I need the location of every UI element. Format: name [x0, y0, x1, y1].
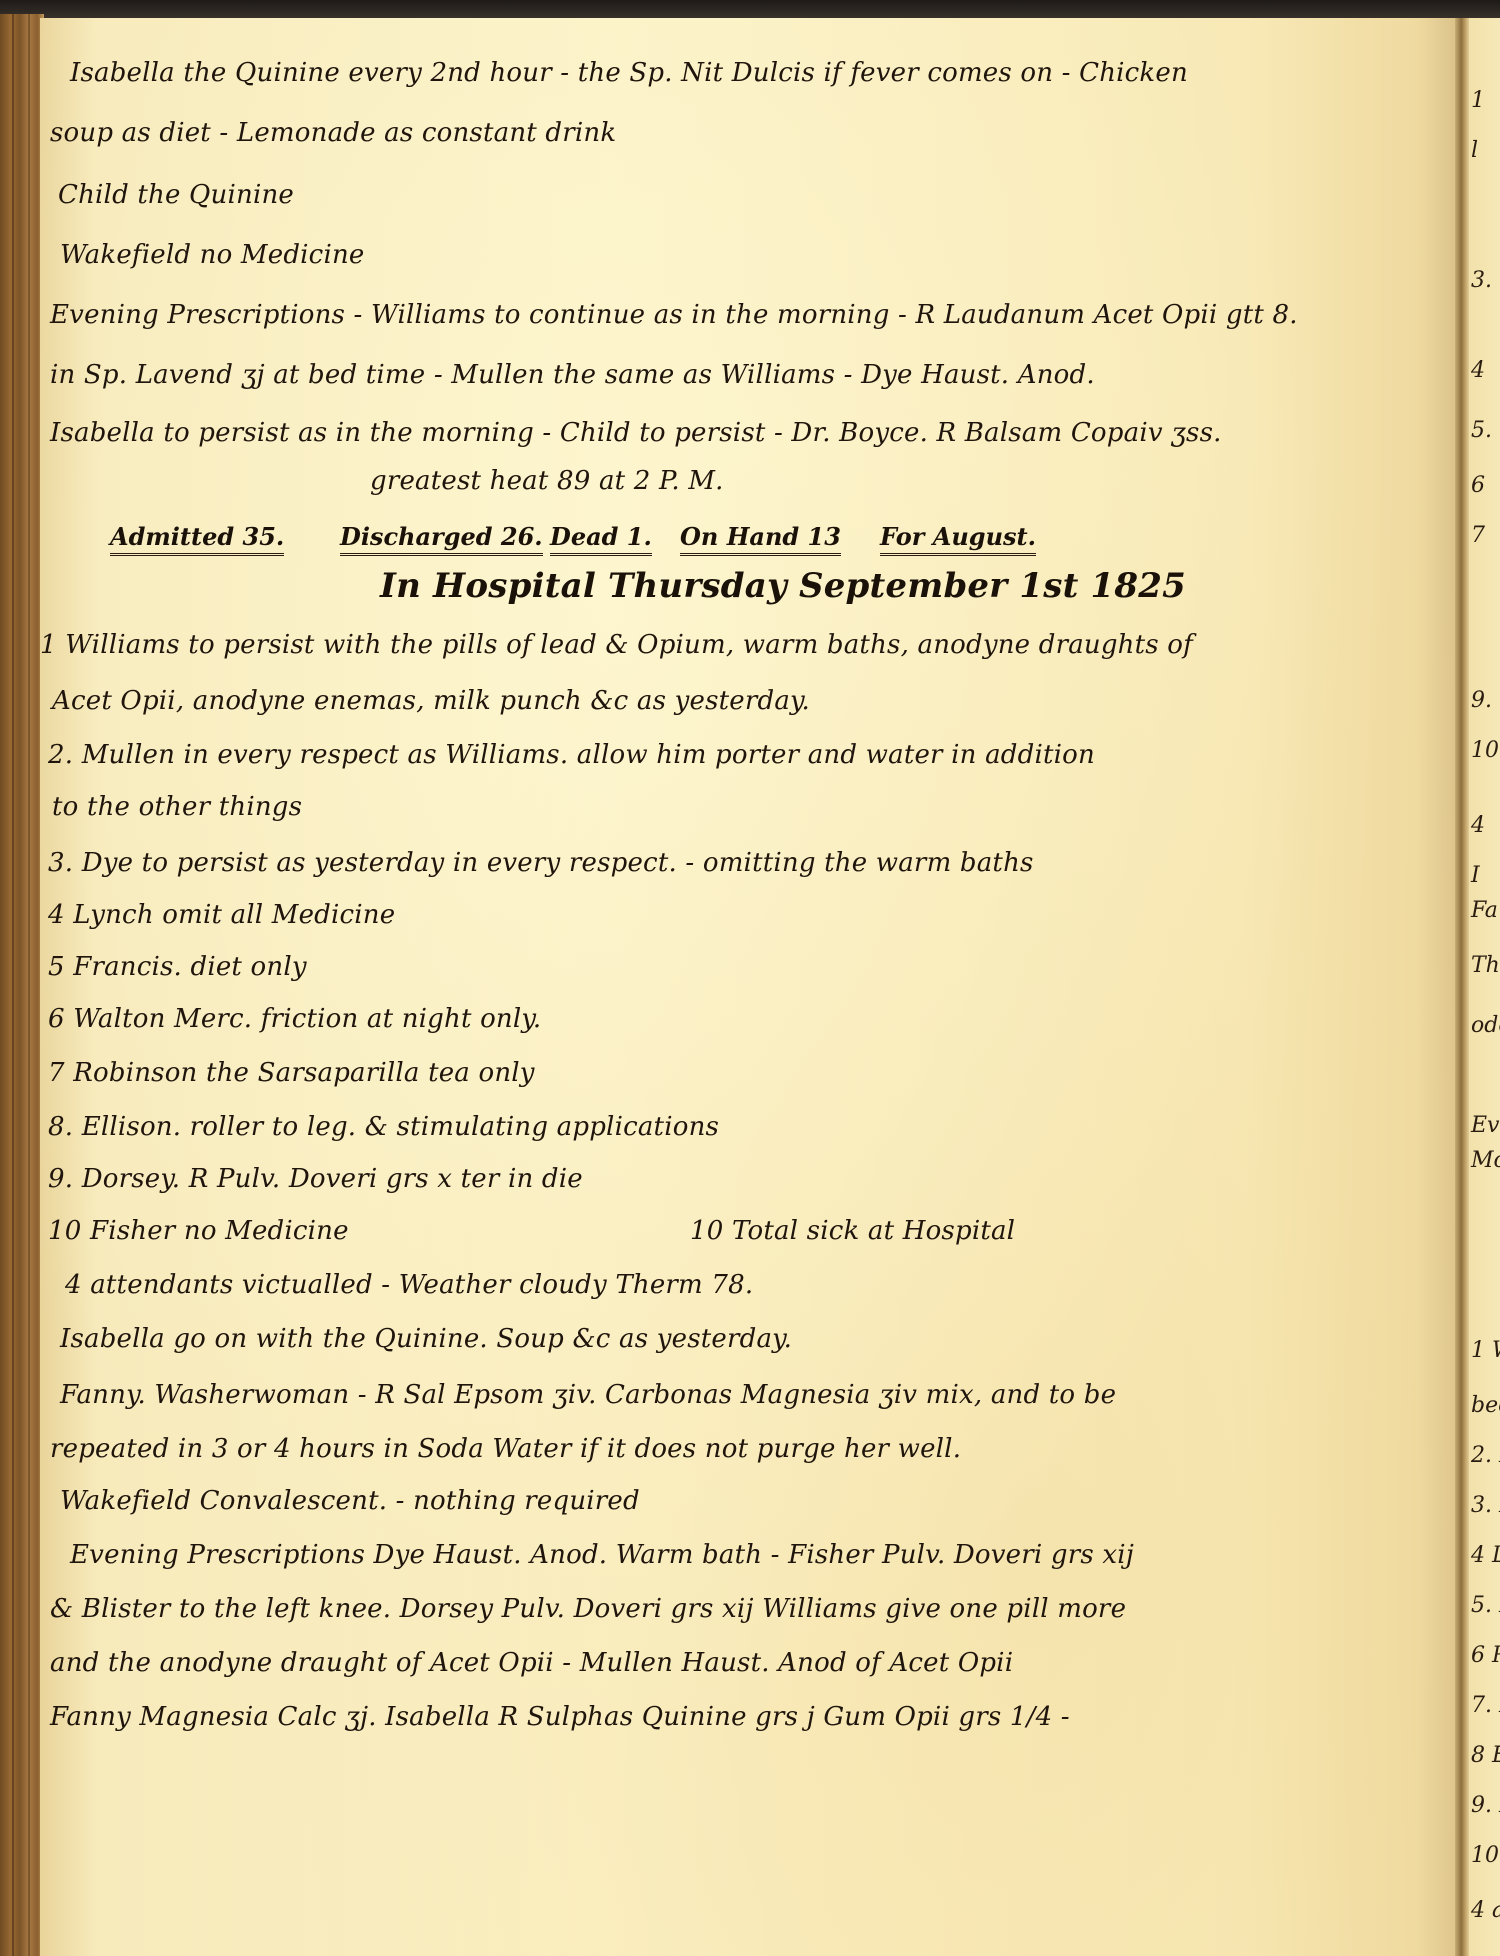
patient-number: 4 — [48, 900, 65, 930]
manuscript-scan: Isabella the Quinine every 2nd hour - th… — [0, 0, 1500, 1956]
patient-text: to the other things — [52, 792, 302, 822]
summary-month: For August. — [880, 522, 1036, 556]
patient-number: 7 — [48, 1058, 65, 1088]
margin-fragment: 2. Mu — [1471, 1443, 1500, 1468]
patient-number: 1 — [40, 630, 57, 660]
entry-line: Isabella to persist as in the morning - … — [50, 418, 1222, 448]
patient-entry: 6 Walton Merc. friction at night only. — [48, 1004, 541, 1034]
entry-line: Wakefield Convalescent. - nothing requir… — [60, 1486, 640, 1516]
patient-text: Walton Merc. friction at night only. — [73, 1004, 541, 1034]
margin-fragment: 4 Ly — [1471, 1543, 1500, 1568]
entry-line: Wakefield no Medicine — [60, 240, 365, 270]
patient-entry: 9. Dorsey. R Pulv. Doveri grs x ter in d… — [48, 1164, 583, 1194]
entry-line: Evening Prescriptions - Williams to cont… — [50, 300, 1298, 330]
entry-line: Fanny Magnesia Calc ʒj. Isabella R Sulph… — [50, 1702, 1070, 1732]
margin-fragment: I — [1471, 863, 1480, 888]
entry-line: Evening Prescriptions Dye Haust. Anod. W… — [70, 1540, 1134, 1570]
margin-fragment: Mor — [1471, 1148, 1500, 1173]
margin-fragment: 4 a — [1471, 1898, 1500, 1923]
margin-fragment: 10 — [1471, 738, 1499, 763]
margin-fragment: 6 — [1471, 473, 1485, 498]
journal-page: Isabella the Quinine every 2nd hour - th… — [40, 18, 1460, 1956]
patient-number: 8. — [48, 1112, 73, 1142]
patient-entry-continued: Acet Opii, anodyne enemas, milk punch &c… — [52, 686, 810, 716]
entry-line: & Blister to the left knee. Dorsey Pulv.… — [50, 1594, 1126, 1624]
patient-entry-continued: to the other things — [52, 792, 302, 822]
book-spine — [0, 14, 44, 1956]
summary-on-hand: On Hand 13 — [680, 522, 841, 556]
patient-text: Mullen in every respect as Williams. all… — [82, 740, 1095, 770]
patient-text: Acet Opii, anodyne enemas, milk punch &c… — [52, 686, 810, 716]
margin-fragment: 1 — [1471, 88, 1485, 113]
patient-entry: 1 Williams to persist with the pills of … — [40, 630, 1193, 660]
summary-admitted: Admitted 35. — [110, 522, 284, 556]
patient-entry: 7 Robinson the Sarsaparilla tea only — [48, 1058, 535, 1088]
entry-line: soup as diet - Lemonade as constant drin… — [50, 118, 616, 148]
entry-line: Child the Quinine — [58, 180, 294, 210]
entry-line: in Sp. Lavend ʒj at bed time - Mullen th… — [50, 360, 1095, 390]
page-gutter — [1455, 18, 1469, 1956]
patient-text: Robinson the Sarsaparilla tea only — [73, 1058, 534, 1088]
greatest-heat-note: greatest heat 89 at 2 P. M. — [370, 466, 724, 496]
margin-fragment: 10. F — [1471, 1843, 1500, 1868]
patient-text: Ellison. roller to leg. & stimulating ap… — [82, 1112, 719, 1142]
margin-fragment: 6 R — [1471, 1643, 1500, 1668]
patient-entry: 5 Francis. diet only — [48, 952, 307, 982]
margin-fragment: 7 — [1471, 523, 1485, 548]
margin-fragment: beco — [1471, 1393, 1500, 1418]
margin-fragment: 1 Wil — [1471, 1338, 1500, 1363]
patient-text: Fisher no Medicine — [90, 1216, 349, 1246]
patient-number: 9. — [48, 1164, 73, 1194]
patient-number: 2. — [48, 740, 73, 770]
entry-line: Isabella the Quinine every 2nd hour - th… — [70, 58, 1188, 88]
entry-line: Isabella go on with the Quinine. Soup &c… — [60, 1324, 792, 1354]
margin-fragment: Fa — [1471, 898, 1498, 923]
margin-fragment: ode — [1471, 1013, 1500, 1038]
entry-line: repeated in 3 or 4 hours in Soda Water i… — [50, 1434, 961, 1464]
patient-number: 10 — [48, 1216, 81, 1246]
margin-fragment: 8 El — [1471, 1743, 1500, 1768]
patient-entry: 4 Lynch omit all Medicine — [48, 900, 395, 930]
total-sick-note: 10 Total sick at Hospital — [690, 1216, 1015, 1246]
margin-fragment: l — [1471, 138, 1478, 163]
book-top-edge — [0, 0, 1500, 20]
patient-entry: 2. Mullen in every respect as Williams. … — [48, 740, 1095, 770]
entry-line: and the anodyne draught of Acet Opii - M… — [50, 1648, 1013, 1678]
patient-text: Francis. diet only — [73, 952, 307, 982]
margin-fragment: 4 — [1471, 358, 1485, 383]
patient-entry: 3. Dye to persist as yesterday in every … — [48, 848, 1034, 878]
margin-fragment: 3. D — [1471, 1493, 1500, 1518]
patient-number: 6 — [48, 1004, 65, 1034]
margin-fragment: Th — [1471, 953, 1500, 978]
margin-fragment: 3. — [1471, 268, 1492, 293]
entry-line: Fanny. Washerwoman - R Sal Epsom ʒiv. Ca… — [60, 1380, 1116, 1410]
margin-fragment: 5. — [1471, 418, 1492, 443]
date-heading: In Hospital Thursday September 1st 1825 — [380, 566, 1186, 606]
adjacent-page-edge: 1 l 3. 4 5. 6 7 9. 10 4 I Fa Th ode Eve … — [1469, 18, 1500, 1956]
margin-fragment: Eve — [1471, 1113, 1500, 1138]
patient-text: Williams to persist with the pills of le… — [65, 630, 1193, 660]
entry-line: 4 attendants victualled - Weather cloudy… — [65, 1270, 753, 1300]
summary-discharged: Discharged 26. — [340, 522, 543, 556]
margin-fragment: 9. — [1471, 688, 1492, 713]
patient-number: 5 — [48, 952, 65, 982]
patient-entry: 8. Ellison. roller to leg. & stimulating… — [48, 1112, 719, 1142]
patient-text: Lynch omit all Medicine — [73, 900, 395, 930]
patient-text: Dye to persist as yesterday in every res… — [82, 848, 1034, 878]
summary-dead: Dead 1. — [550, 522, 652, 556]
margin-fragment: 4 — [1471, 813, 1485, 838]
margin-fragment: 5. Fr — [1471, 1593, 1500, 1618]
patient-number: 3. — [48, 848, 73, 878]
patient-text: Dorsey. R Pulv. Doveri grs x ter in die — [82, 1164, 583, 1194]
margin-fragment: 9. D — [1471, 1793, 1500, 1818]
margin-fragment: 7. Er — [1471, 1693, 1500, 1718]
patient-entry: 10 Fisher no Medicine — [48, 1216, 349, 1246]
